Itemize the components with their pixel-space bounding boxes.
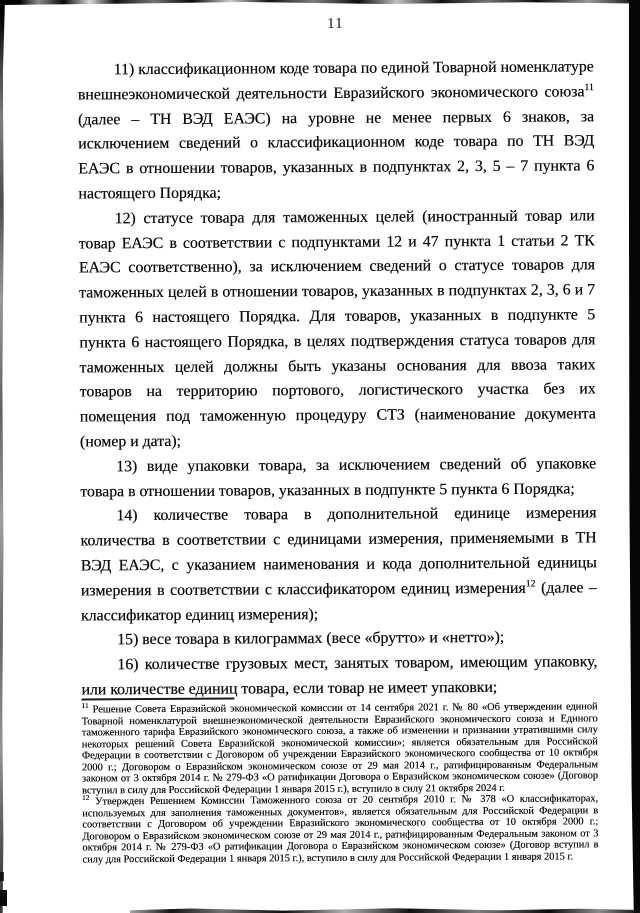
page-number: 11 — [77, 14, 593, 34]
footnote-12: 12 Утвержден Решением Комиссии Таможенно… — [82, 793, 598, 865]
document-body: 11) классификационном коде товара по еди… — [78, 55, 598, 703]
footnote-marker-11: 11 — [81, 702, 88, 710]
footnote-marker-12: 12 — [82, 794, 89, 802]
footnote-reference-11: 11 — [584, 82, 593, 93]
paragraph-text: 12) статусе товара для таможенных целей … — [79, 207, 596, 450]
body-paragraph-16: 16) количестве грузовых мест, занятых то… — [81, 650, 597, 703]
paragraph-text: 15) весе товара в килограммах (весе «бру… — [117, 629, 504, 648]
body-paragraph-11: 11) классификационном коде товара по еди… — [78, 55, 595, 207]
paragraph-text: 14) количестве товара в дополнительной е… — [80, 505, 596, 600]
page-content: 11 11) классификационном коде товара по … — [0, 0, 640, 913]
scanned-document-page: 11 11) классификационном коде товара по … — [0, 0, 640, 913]
paragraph-text: (далее – ТН ВЭД ЕАЭС) на уровне не менее… — [78, 108, 594, 203]
body-paragraph-14: 14) количестве товара в дополнительной е… — [80, 502, 597, 629]
paragraph-text: 11) классификационном коде товара по еди… — [78, 58, 594, 103]
footnote-text: Утвержден Решением Комиссии Таможенного … — [82, 793, 598, 865]
body-paragraph-12: 12) статусе товара для таможенных целей … — [78, 204, 596, 455]
paragraph-text: 13) виде упаковки товара, за исключением… — [80, 455, 596, 500]
paragraph-text: 16) количестве грузовых мест, занятых то… — [81, 653, 597, 698]
footnote-text: Решение Совета Евразийской экономической… — [82, 701, 598, 796]
footnote-reference-12: 12 — [526, 578, 536, 589]
footnotes-section: 11 Решение Совета Евразийской экономичес… — [82, 701, 599, 865]
footnote-11: 11 Решение Совета Евразийской экономичес… — [82, 701, 599, 796]
body-paragraph-13: 13) виде упаковки товара, за исключением… — [80, 452, 596, 505]
body-paragraph-15: 15) весе товара в килограммах (весе «бру… — [81, 626, 597, 654]
